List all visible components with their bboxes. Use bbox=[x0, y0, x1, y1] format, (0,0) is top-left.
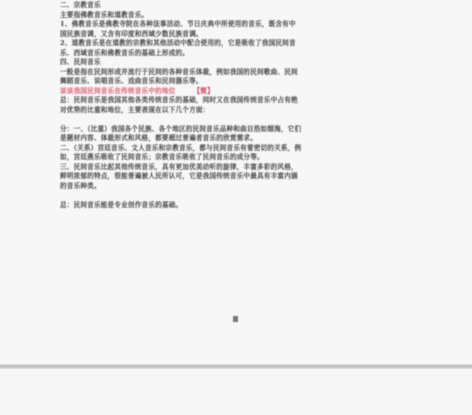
text-line: 2、道教音乐是在道教的宗教和其他活动中配合使用的，它是吸收了我国民间音 bbox=[60, 39, 432, 49]
text-line: 如，宫廷燕乐吸收了民间音乐；宗教音乐吸收了民间音乐的成分等。 bbox=[60, 153, 432, 163]
text-line: 总：民间音乐是我国其他各类传统音乐的基础，同时又在我国传统音乐中占有绝 bbox=[60, 96, 432, 106]
text-line: 鲜明浓郁的特点，很能普遍被人民所认可，它是我国传统音乐中最具有丰富内涵 bbox=[60, 172, 432, 182]
text-line: 的音乐种类。 bbox=[60, 182, 432, 192]
text-line: 主要指佛教音乐和道教音乐。 bbox=[60, 11, 432, 21]
text-line: 是题材内容、体裁形式和风格，都要超过普遍者音乐的欣赏需求。 bbox=[60, 134, 432, 144]
document-page: 二、宗教音乐 主要指佛教音乐和道教音乐。 1、佛教音乐是佛教寺院在各种法事活动、… bbox=[0, 0, 472, 364]
question-type-tag: 【简】 bbox=[194, 87, 214, 95]
text-line: 舞蹈音乐、说唱音乐、戏曲音乐和民间器乐等。 bbox=[60, 77, 432, 87]
text-line: 一般是指在民间形成并流行于民间的各种音乐体裁，例如我国的民间歌曲、民间 bbox=[60, 68, 432, 78]
section-heading-religious-music: 二、宗教音乐 bbox=[60, 1, 432, 11]
section-heading-folk-music: 四、民间音乐 bbox=[60, 58, 432, 68]
text-line: 1、佛教音乐是佛教寺院在各种法事活动、节日庆典中所使用的音乐，既含有中 bbox=[60, 20, 432, 30]
question-text: 谈谈我国民间音乐在传统音乐中的地位 bbox=[60, 87, 176, 95]
text-line: 国民族音调，又含有印度和西域少数民族音调。 bbox=[60, 30, 432, 40]
paragraph-gap bbox=[60, 115, 432, 125]
text-line: 乐、西域音乐和佛教音乐的基础上形成的。 bbox=[60, 49, 432, 59]
text-line: 三、民间音乐比起其他传统音乐，具有更加优美动听的旋律，丰富多彩的风格， bbox=[60, 163, 432, 173]
text-line: 对优势的比重和地位，主要表现在以下几个方面： bbox=[60, 106, 432, 116]
next-page bbox=[0, 369, 472, 415]
page-number bbox=[233, 316, 238, 322]
text-line: 分：一、（比重）我国各个民族、各个地区的民间音乐品种和曲目浩如烟海，它们 bbox=[60, 125, 432, 135]
paragraph-gap bbox=[60, 191, 432, 201]
summary-line: 总：民间音乐能是专业创作音乐的基础。 bbox=[60, 201, 432, 211]
question-line: 谈谈我国民间音乐在传统音乐中的地位【简】 bbox=[60, 87, 432, 97]
text-line: 二、（关系）宫廷音乐、文人音乐和宗教音乐，都与民间音乐有着密切的关系，例 bbox=[60, 144, 432, 154]
page-content: 二、宗教音乐 主要指佛教音乐和道教音乐。 1、佛教音乐是佛教寺院在各种法事活动、… bbox=[60, 1, 432, 210]
